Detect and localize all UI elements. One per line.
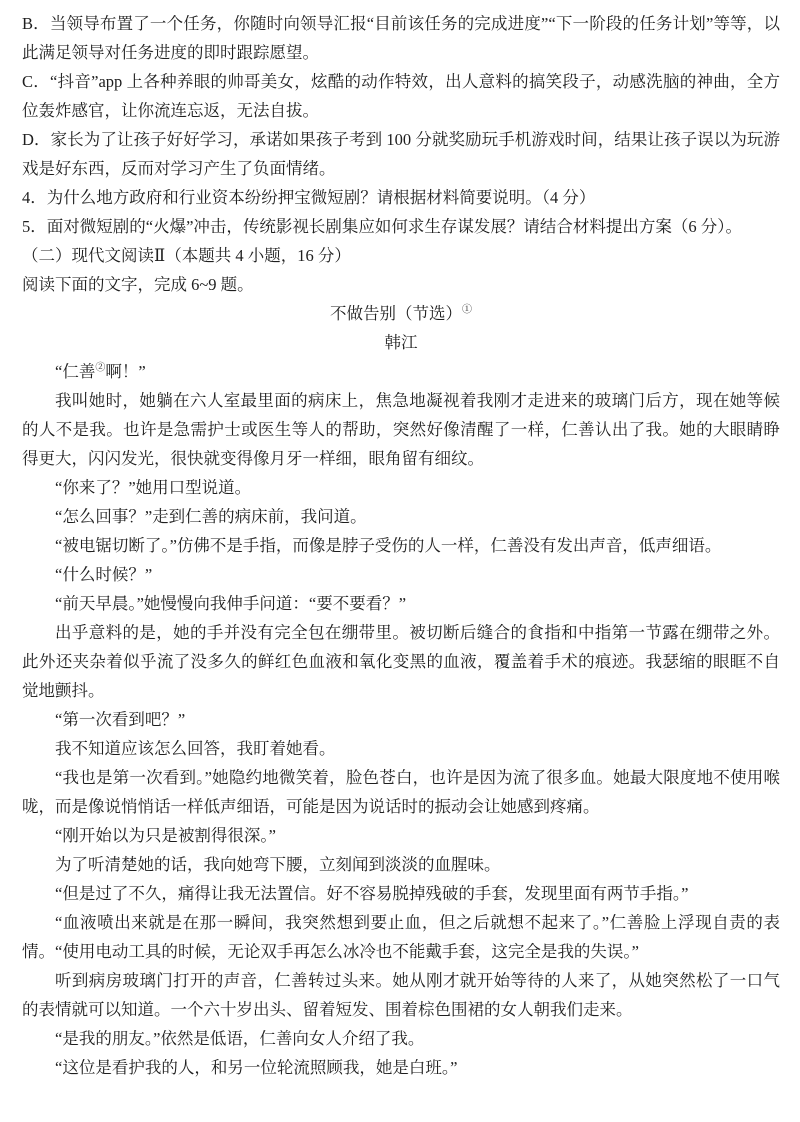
passage-paragraph: “被电锯切断了。”仿佛不是手指，而像是脖子受伤的人一样，仁善没有发出声音，低声细… (22, 531, 780, 560)
passage-paragraph: “我也是第一次看到。”她隐约地微笑着，脸色苍白，也许是因为流了很多血。她最大限度… (22, 763, 780, 821)
passage-paragraph: “刚开始以为只是被割得很深。” (22, 821, 780, 850)
option-d: D．家长为了让孩子好好学习，承诺如果孩子考到 100 分就奖励玩手机游戏时间，结… (22, 125, 780, 183)
question-5: 5．面对微短剧的“火爆”冲击，传统影视长剧集应如何求生存谋发展？请结合材料提出方… (22, 212, 780, 241)
option-b: B．当领导布置了一个任务，你随时向领导汇报“目前该任务的完成进度”“下一阶段的任… (22, 9, 780, 67)
exam-page: B．当领导布置了一个任务，你随时向领导汇报“目前该任务的完成进度”“下一阶段的任… (0, 0, 800, 1122)
passage-paragraph: 出乎意料的是，她的手并没有完全包在绷带里。被切断后缝合的食指和中指第一节露在绷带… (22, 618, 780, 705)
question-4: 4．为什么地方政府和行业资本纷纷押宝微短剧？请根据材料简要说明。（4 分） (22, 183, 780, 212)
passage-paragraph: “血液喷出来就是在那一瞬间，我突然想到要止血，但之后就想不起来了。”仁善脸上浮现… (22, 908, 780, 966)
passage-author: 韩江 (22, 328, 780, 357)
option-c: C．“抖音”app 上各种养眼的帅哥美女，炫酷的动作特效，出人意料的搞笑段子，动… (22, 67, 780, 125)
passage-paragraph: 为了听清楚她的话，我向她弯下腰，立刻闻到淡淡的血腥味。 (22, 850, 780, 879)
passage-paragraph: 我叫她时，她躺在六人室最里面的病床上，焦急地凝视着我刚才走进来的玻璃门后方，现在… (22, 386, 780, 473)
passage-paragraph: “怎么回事？”走到仁善的病床前，我问道。 (22, 502, 780, 531)
passage-paragraph: 我不知道应该怎么回答，我盯着她看。 (22, 734, 780, 763)
passage-paragraph: “是我的朋友。”依然是低语，仁善向女人介绍了我。 (22, 1024, 780, 1053)
opening-line-prefix: “仁善 (55, 362, 95, 381)
passage-paragraph: “这位是看护我的人，和另一位轮流照顾我，她是白班。” (22, 1053, 780, 1082)
passage-paragraph: “前天早晨。”她慢慢向我伸手问道：“要不要看？” (22, 589, 780, 618)
passage-title-text: 不做告别（节选） (330, 304, 462, 323)
passage-opening-line: “仁善②啊！” (22, 357, 780, 386)
passage-paragraph: “你来了？”她用口型说道。 (22, 473, 780, 502)
passage-paragraph: 听到病房玻璃门打开的声音，仁善转过头来。她从刚才就开始等待的人来了，从她突然松了… (22, 966, 780, 1024)
passage-intro: 阅读下面的文字，完成 6~9 题。 (22, 270, 780, 299)
footnote-ref-2: ② (95, 363, 105, 374)
opening-line-suffix: 啊！” (105, 362, 145, 381)
passage-title: 不做告别（节选）① (22, 299, 780, 328)
passage-paragraph: “但是过了不久，痛得让我无法置信。好不容易脱掉残破的手套，发现里面有两节手指。” (22, 879, 780, 908)
section-heading: （二）现代文阅读Ⅱ（本题共 4 小题，16 分） (22, 241, 780, 270)
footnote-ref-1: ① (462, 305, 472, 316)
passage-paragraph: “第一次看到吧？” (22, 705, 780, 734)
passage-paragraph: “什么时候？” (22, 560, 780, 589)
